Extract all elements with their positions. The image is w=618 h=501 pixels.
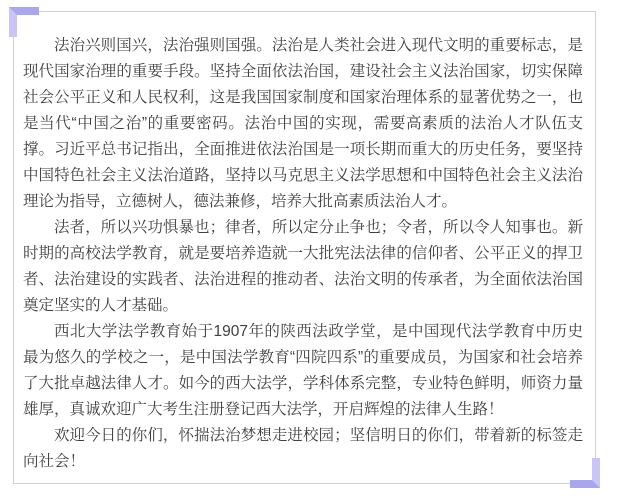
paragraph: 欢迎今日的你们，怀揣法治梦想走进校园；坚信明日的你们，带着新的标签走向社会！ (23, 423, 583, 475)
article-body: 法治兴则国兴，法治强则国强。法治是人类社会进入现代文明的重要标志，是现代国家治理… (23, 33, 583, 475)
corner-horizontal-bar (570, 480, 600, 488)
corner-vertical-bar (9, 7, 17, 37)
content-panel: 法治兴则国兴，法治强则国强。法治是人类社会进入现代文明的重要标志，是现代国家治理… (13, 11, 596, 484)
corner-vertical-bar (592, 458, 600, 488)
paragraph: 西北大学法学教育始于1907年的陕西法政学堂，是中国现代法学教育中历史最为悠久的… (23, 319, 583, 423)
corner-horizontal-bar (9, 7, 39, 15)
paragraph: 法治兴则国兴，法治强则国强。法治是人类社会进入现代文明的重要标志，是现代国家治理… (23, 33, 583, 215)
paragraph: 法者，所以兴功惧暴也；律者，所以定分止争也；令者，所以令人知事也。新时期的高校法… (23, 215, 583, 319)
page: { "theme": { "page_background": "#ffffff… (0, 0, 618, 501)
